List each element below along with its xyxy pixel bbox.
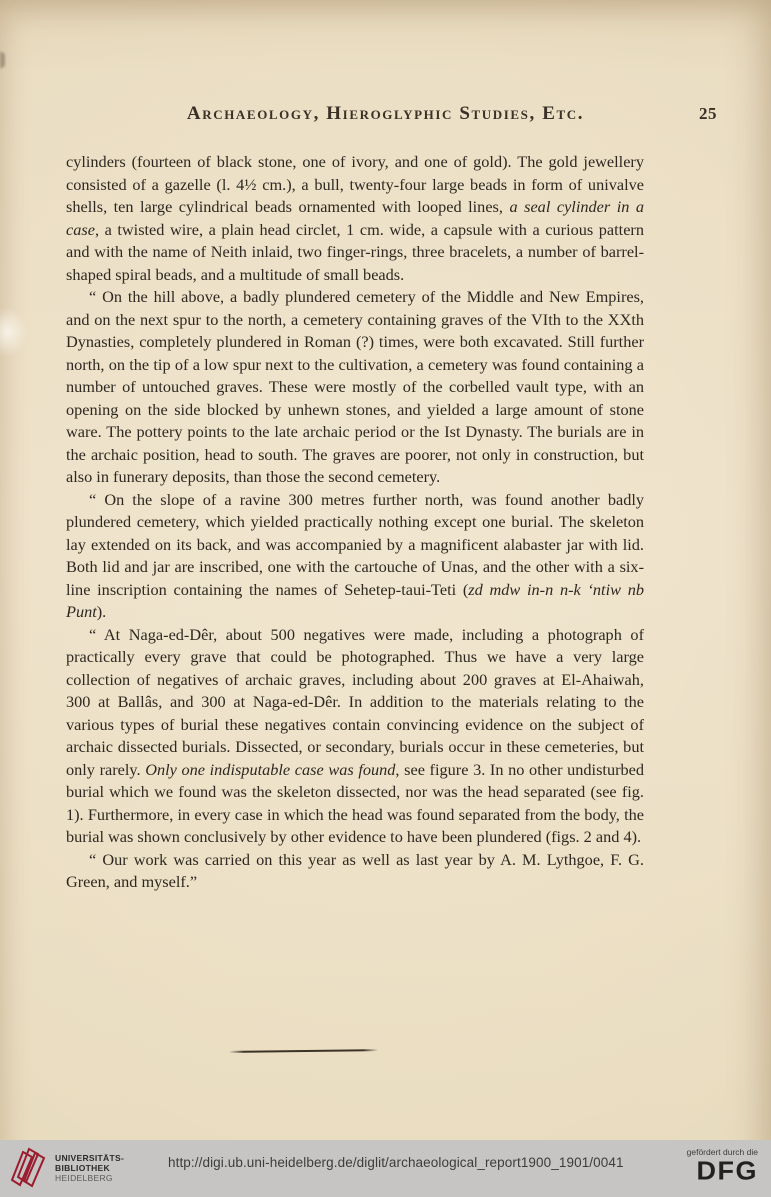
body-text: “ Our work was carried on this year as w… (66, 850, 644, 892)
paragraph: “ Our work was carried on this year as w… (66, 849, 644, 894)
running-title: Archaeology, Hieroglyphic Studies, Etc. (187, 103, 584, 124)
footer-bar: UNIVERSITÄTS- BIBLIOTHEK HEIDELBERG http… (0, 1140, 771, 1197)
section-divider (229, 1049, 378, 1053)
paper-blemish (0, 306, 28, 358)
library-name: UNIVERSITÄTS- BIBLIOTHEK HEIDELBERG (55, 1153, 124, 1183)
paragraph: “ At Naga-ed-Dêr, about 500 negatives we… (66, 624, 644, 849)
page-header: Archaeology, Hieroglyphic Studies, Etc. … (0, 103, 771, 125)
library-name-line1: UNIVERSITÄTS- (55, 1153, 124, 1163)
library-name-line2: BIBLIOTHEK (55, 1163, 124, 1173)
dfg-branding: gefördert durch die DFG (687, 1147, 758, 1185)
body-text: , a twisted wire, a plain head circlet, … (66, 220, 644, 284)
source-url: http://digi.ub.uni-heidelberg.de/diglit/… (168, 1155, 624, 1170)
italic-text: Only one indisputable case was found (145, 760, 395, 779)
paper-blemish (0, 52, 5, 68)
paragraph: cylinders (fourteen of black stone, one … (66, 151, 644, 286)
page-number: 25 (699, 104, 717, 124)
university-library-logo-icon (10, 1145, 48, 1191)
scanned-page: Archaeology, Hieroglyphic Studies, Etc. … (0, 0, 771, 1197)
page-text: cylinders (fourteen of black stone, one … (66, 151, 644, 894)
paragraph: “ On the hill above, a badly plundered c… (66, 286, 644, 489)
library-name-line3: HEIDELBERG (55, 1173, 124, 1183)
body-text: ). (97, 602, 107, 621)
paragraph: “ On the slope of a ravine 300 metres fu… (66, 489, 644, 624)
dfg-logo: DFG (687, 1159, 758, 1185)
body-text: “ On the hill above, a badly plundered c… (66, 287, 644, 486)
dfg-tagline: gefördert durch die (687, 1147, 758, 1157)
library-branding: UNIVERSITÄTS- BIBLIOTHEK HEIDELBERG (10, 1145, 124, 1191)
body-text: “ At Naga-ed-Dêr, about 500 negatives we… (66, 625, 644, 779)
